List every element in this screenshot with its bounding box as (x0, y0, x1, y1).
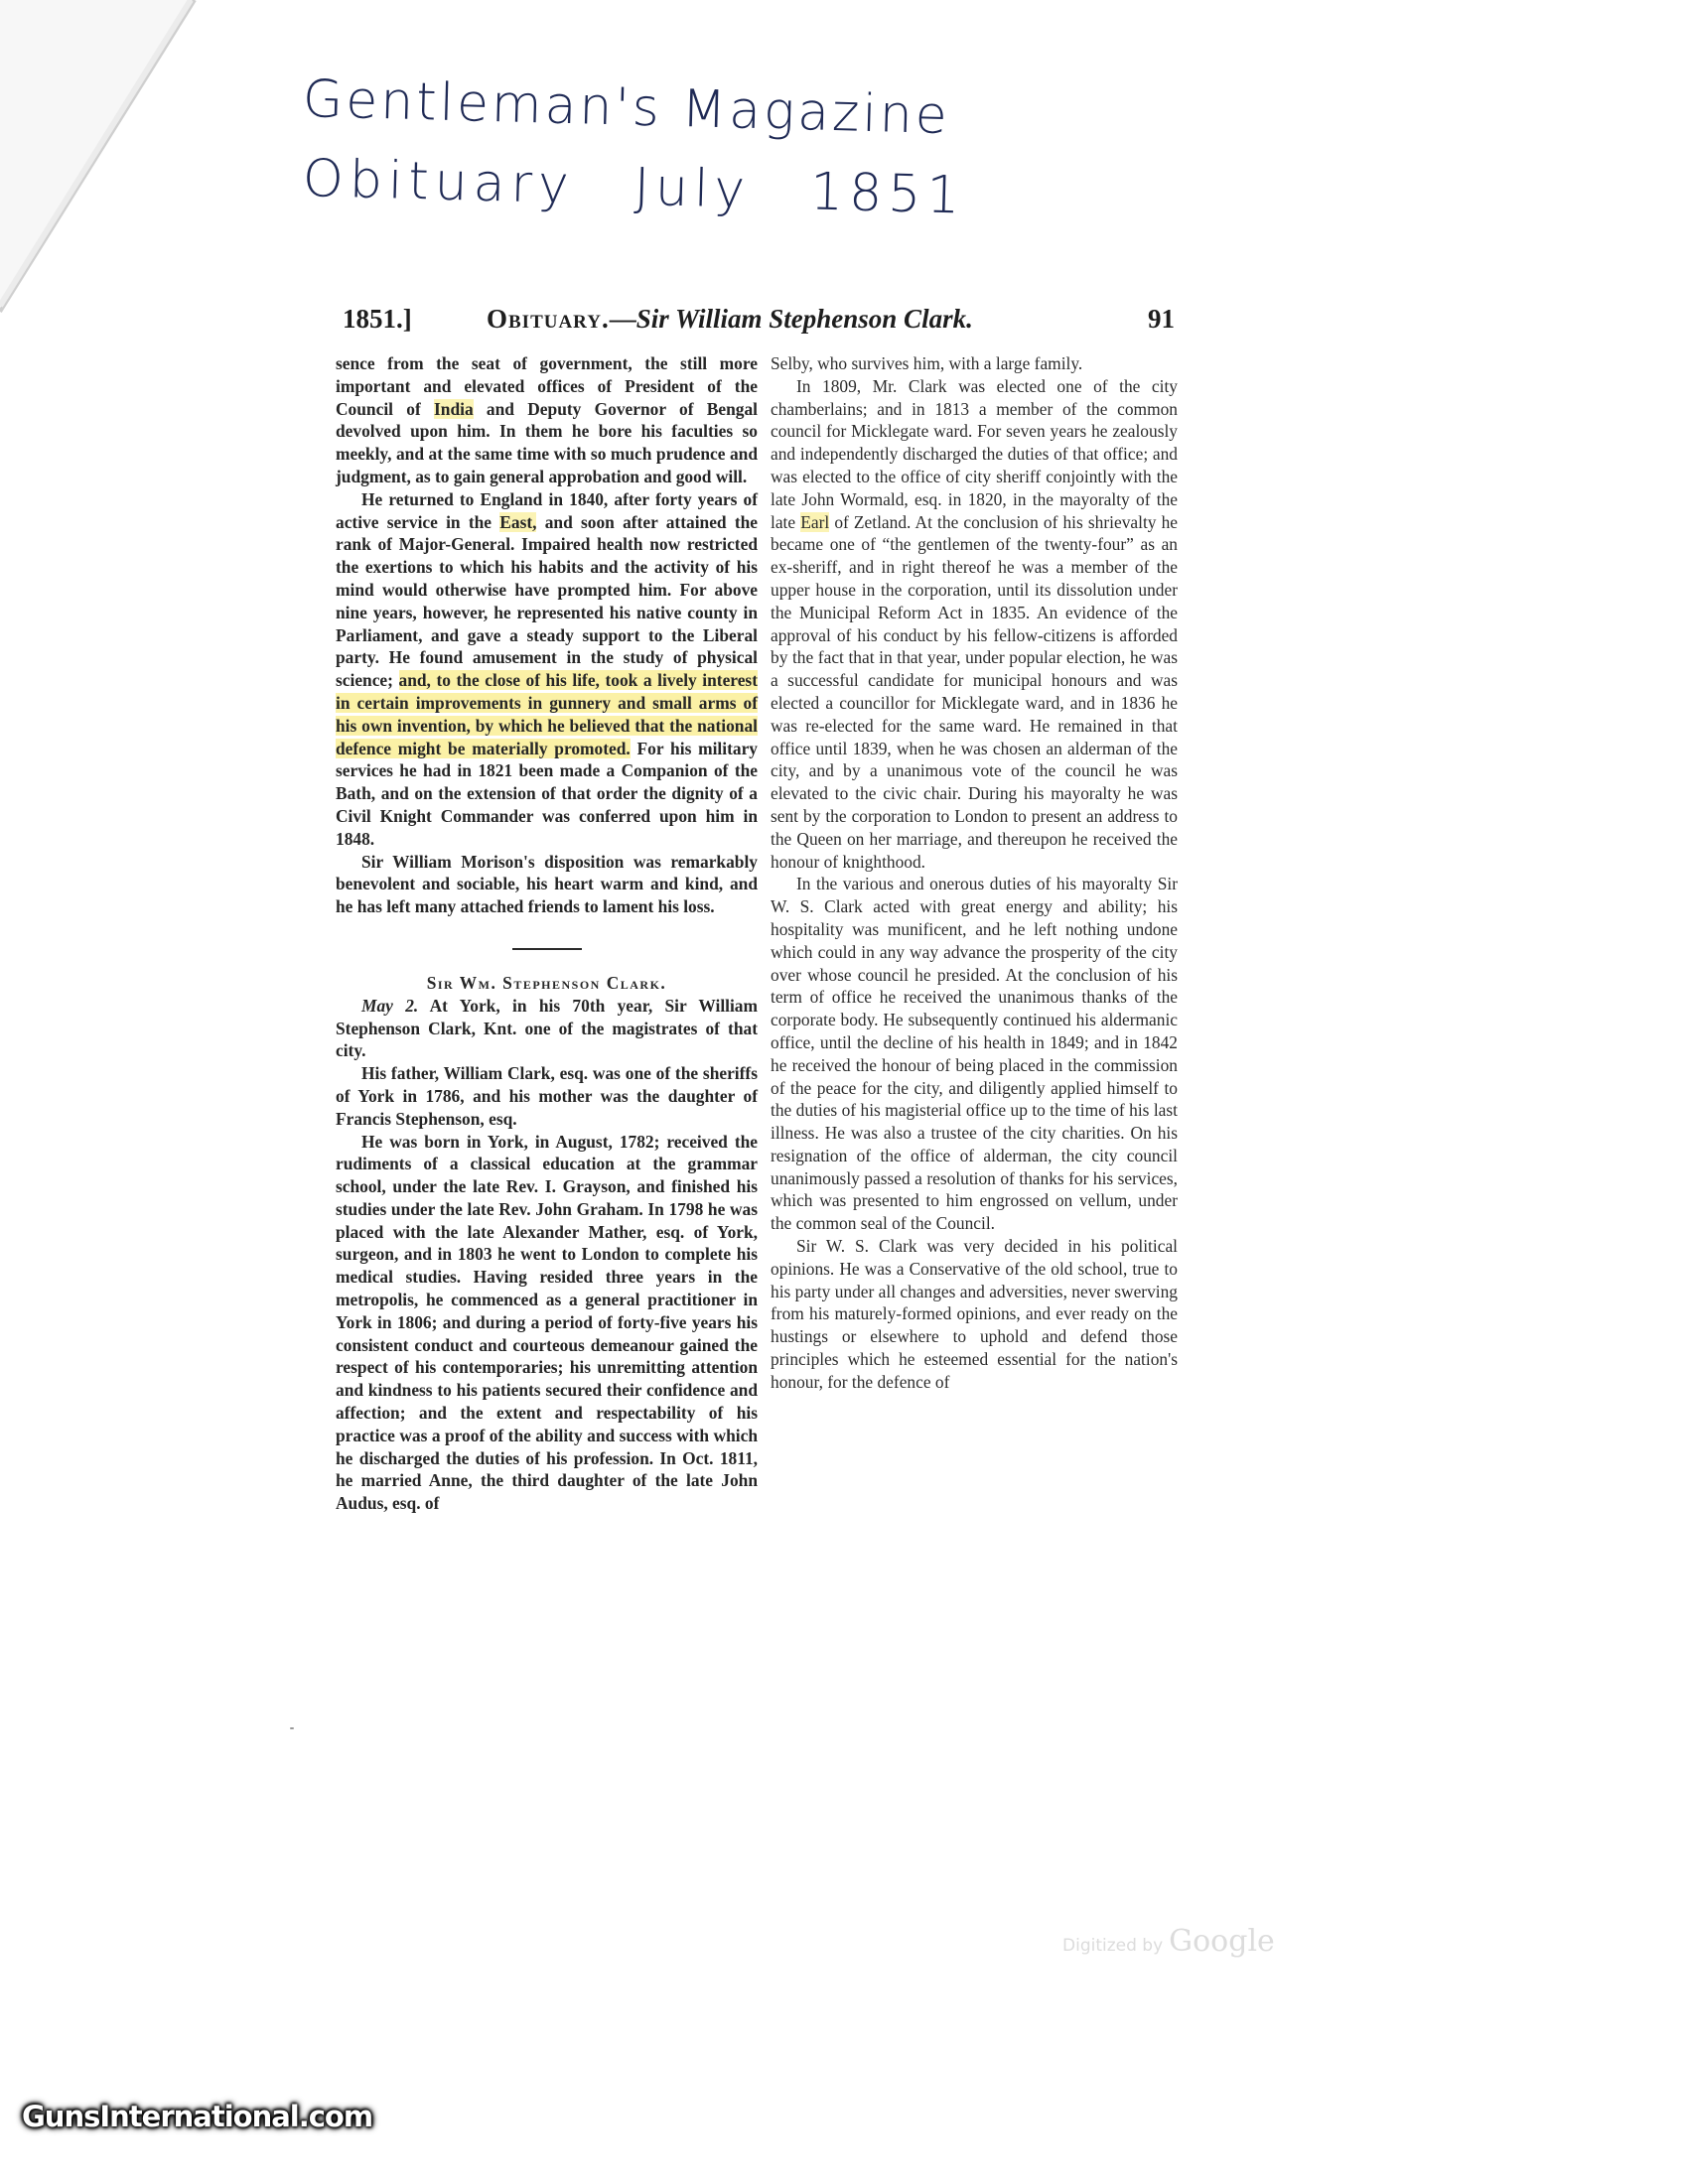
scan-speck (290, 1727, 294, 1729)
handwritten-obituary: Obituary (302, 149, 575, 215)
google-logo: Google (1169, 1924, 1275, 1959)
text-run: Selby, who survives him, with a large fa… (771, 353, 1082, 373)
right-column: Selby, who survives him, with a large fa… (771, 352, 1178, 1394)
highlighted-text: East, (499, 512, 536, 532)
handwritten-month: July (633, 158, 752, 220)
paragraph: In the various and onerous duties of his… (771, 873, 1178, 1235)
text-run: In 1809, Mr. Clark was elected one of th… (771, 376, 1178, 532)
handwritten-year: 1851 (809, 162, 966, 225)
text-run: and soon after attained the rank of Majo… (336, 512, 758, 691)
header-dash: — (610, 304, 636, 334)
highlighted-text: India (434, 399, 474, 419)
obituary-heading: Sir Wm. Stephenson Clark. (336, 972, 758, 995)
text-run: Sir W. S. Clark was very decided in his … (771, 1236, 1178, 1392)
highlighted-text: Earl (800, 512, 829, 532)
paragraph: In 1809, Mr. Clark was elected one of th… (771, 375, 1178, 874)
paragraph: Sir William Morison's disposition was re… (336, 851, 758, 918)
paragraph: He was born in York, in August, 1782; re… (336, 1131, 758, 1516)
handwritten-date: ObituaryJuly1851 (302, 149, 966, 225)
paragraph: Sir W. S. Clark was very decided in his … (771, 1235, 1178, 1394)
text-run: In the various and onerous duties of his… (771, 874, 1178, 1233)
text-run: Sir William Morison's disposition was re… (336, 852, 758, 917)
section-divider (512, 948, 582, 950)
digitized-by-google-watermark: Digitized byGoogle (1062, 1924, 1275, 1959)
scan-edge-shadow (0, 0, 218, 328)
header-title: Obituary.—Sir William Stephenson Clark. (487, 304, 973, 335)
paragraph: May 2. At York, in his 70th year, Sir Wi… (336, 995, 758, 1062)
page-header: 1851.] Obituary.—Sir William Stephenson … (343, 304, 1175, 343)
paragraph: sence from the seat of government, the s… (336, 352, 758, 488)
paragraph: His father, William Clark, esq. was one … (336, 1062, 758, 1130)
text-run: of Zetland. At the conclusion of his shr… (771, 512, 1178, 872)
paragraph: He returned to England in 1840, after fo… (336, 488, 758, 851)
entry-date: May 2. (361, 996, 418, 1016)
site-watermark-logo: GunsInternational.com (22, 2100, 372, 2133)
left-column: sence from the seat of government, the s… (336, 352, 758, 1515)
digitized-by-label: Digitized by (1062, 1936, 1163, 1956)
header-subject: Sir William Stephenson Clark. (636, 304, 973, 334)
header-section: Obituary. (487, 304, 610, 334)
header-year: 1851.] (343, 304, 412, 335)
handwritten-source: Gentleman's Magazine (302, 69, 950, 146)
page-number: 91 (1148, 304, 1175, 335)
paragraph: Selby, who survives him, with a large fa… (771, 352, 1178, 375)
